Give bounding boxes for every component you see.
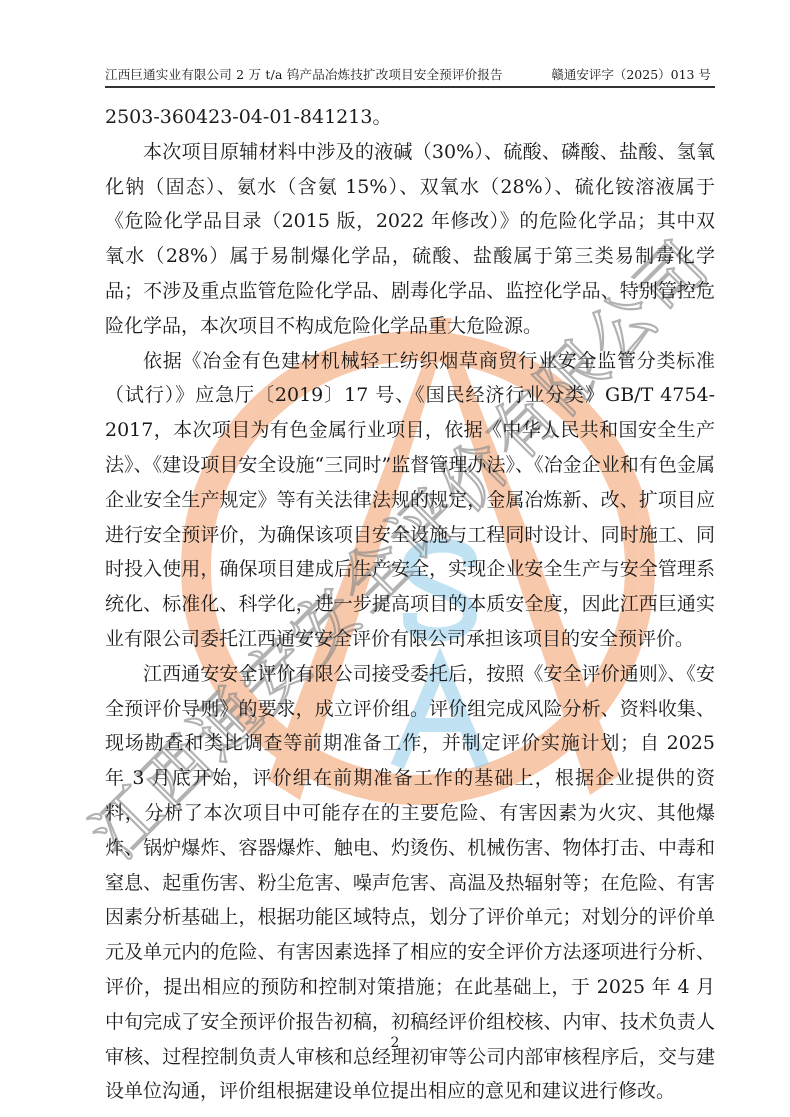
report-number: 赣通安评字（2025）013 号 — [551, 66, 711, 84]
report-title: 江西巨通实业有限公司 2 万 t/a 钨产品冶炼技扩改项目安全预评价报告 — [105, 66, 503, 84]
paragraph-3: 依据《冶金有色建材机械轻工纺织烟草商贸行业安全监管分类标准（试行）》应急厅〔20… — [105, 344, 715, 657]
document-page: 江西通安安全评价有限公司 江西巨通实业有限公司 2 万 t/a 钨产品冶炼技扩改… — [0, 0, 790, 1117]
page-number: 2 — [0, 1035, 790, 1051]
body-content: 2503-360423-04-01-841213。 本次项目原辅材料中涉及的液碱… — [105, 100, 715, 1109]
paragraph-2: 本次项目原辅材料中涉及的液碱（30%）、硫酸、磷酸、盐酸、氢氧化钠（固态）、氨水… — [105, 135, 715, 344]
page-header: 江西巨通实业有限公司 2 万 t/a 钨产品冶炼技扩改项目安全预评价报告 赣通安… — [105, 66, 715, 88]
paragraph-1: 2503-360423-04-01-841213。 — [105, 100, 715, 135]
